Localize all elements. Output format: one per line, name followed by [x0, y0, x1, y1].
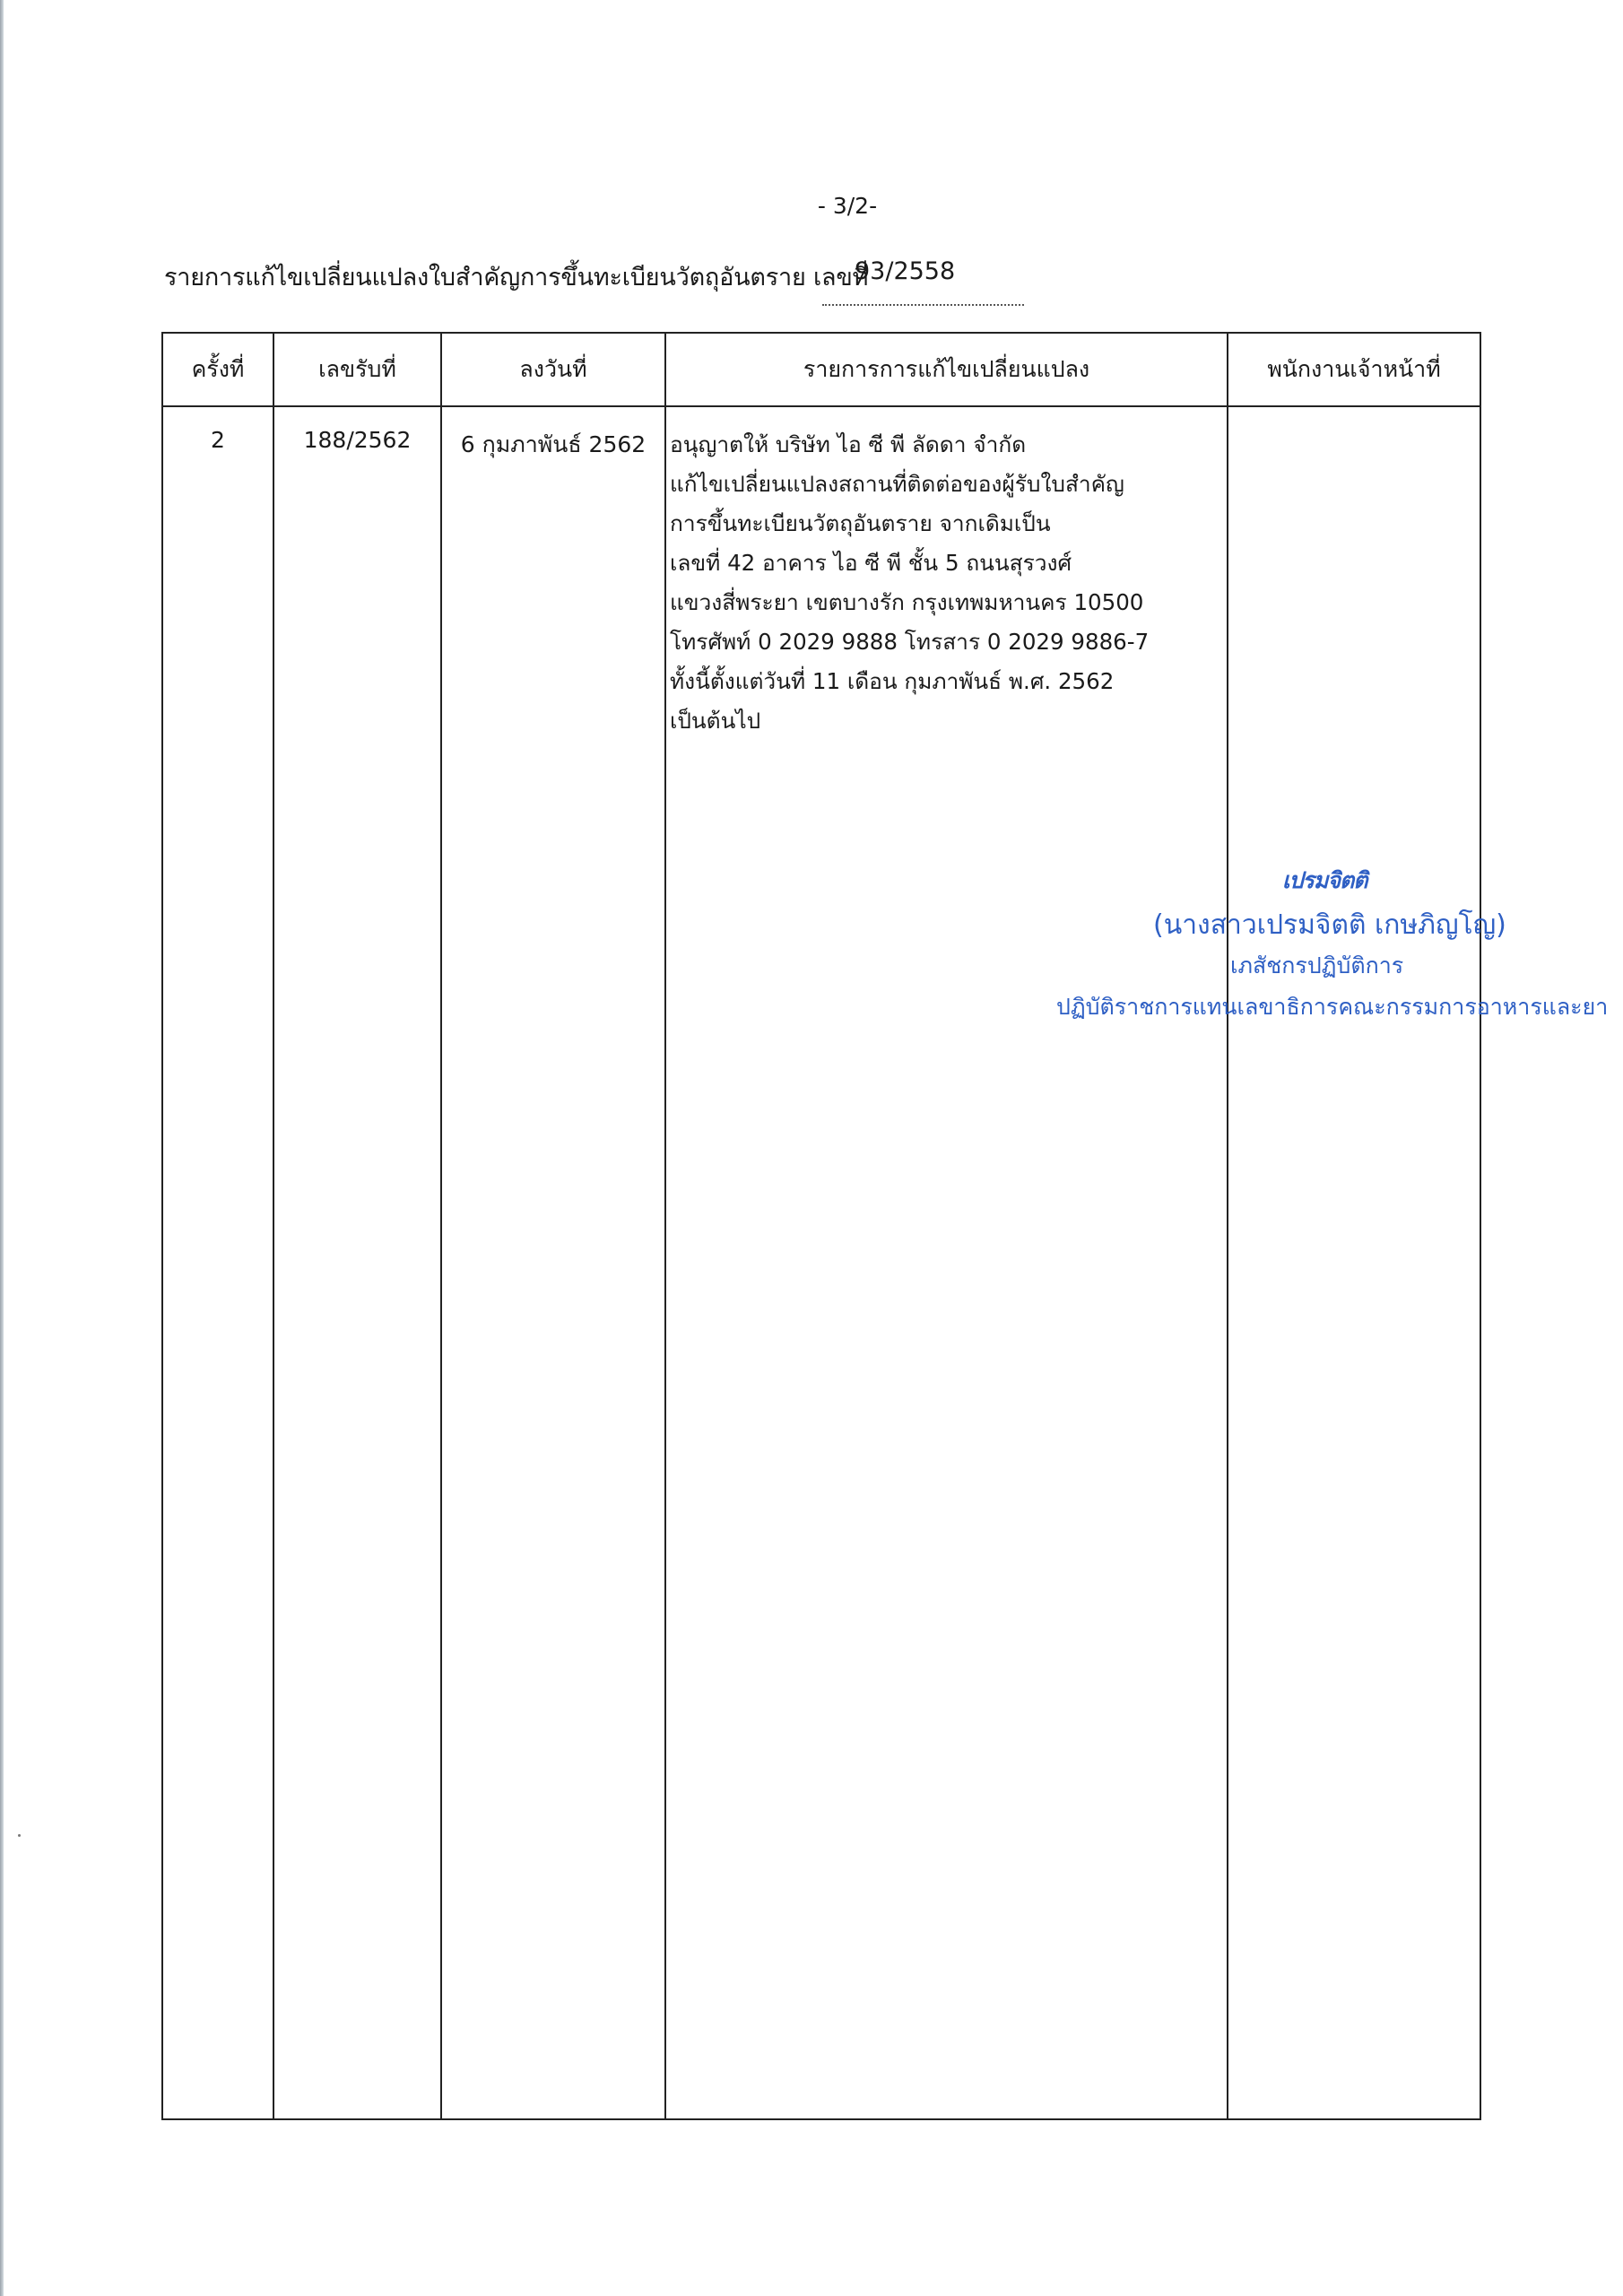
header-receipt-number: เลขรับที่ — [273, 333, 441, 406]
description-line: แก้ไขเปลี่ยนแปลงสถานที่ติดต่อของผู้รับใบ… — [670, 465, 1227, 504]
page-number: - 3/2- — [0, 193, 1623, 219]
revision-log-table: ครั้งที่ เลขรับที่ ลงวันที่ รายการการแก้… — [161, 332, 1481, 2120]
table-row: 2 188/2562 6 กุมภาพันธ์ 2562 อนุญาตให้ บ… — [162, 406, 1480, 2119]
scan-edge — [0, 0, 4, 2296]
cell-revision: 2 — [162, 406, 273, 2119]
description-line: อนุญาตให้ บริษัท ไอ ซี พี ลัดดา จำกัด — [670, 425, 1227, 465]
description-line: เป็นต้นไป — [670, 701, 1227, 741]
officer-name-stamp: (นางสาวเปรมจิตติ เกษภิญโญ) — [1153, 904, 1506, 946]
description-line: ทั้งนี้ตั้งแต่วันที่ 11 เดือน กุมภาพันธ์… — [670, 662, 1227, 701]
description-line: แขวงสี่พระยา เขตบางรัก กรุงเทพมหานคร 105… — [670, 583, 1227, 622]
document-title: รายการแก้ไขเปลี่ยนแปลงใบสำคัญการขึ้นทะเบ… — [164, 257, 868, 296]
header-revision: ครั้งที่ — [162, 333, 273, 406]
registration-number: 93/2558 — [855, 257, 955, 285]
header-description: รายการการแก้ไขเปลี่ยนแปลง — [665, 333, 1228, 406]
scan-speck — [18, 1834, 21, 1837]
description-line: การขึ้นทะเบียนวัตถุอันตราย จากเดิมเป็น — [670, 504, 1227, 544]
cell-officer — [1228, 406, 1480, 2119]
cell-description: อนุญาตให้ บริษัท ไอ ซี พี ลัดดา จำกัด แก… — [665, 406, 1228, 2119]
cell-date: 6 กุมภาพันธ์ 2562 — [441, 406, 665, 2119]
officer-signature: เปรมจิตติ — [1282, 863, 1367, 899]
acting-authority-stamp: ปฏิบัติราชการแทนเลขาธิการคณะกรรมการอาหาร… — [1056, 989, 1608, 1025]
table-header-row: ครั้งที่ เลขรับที่ ลงวันที่ รายการการแก้… — [162, 333, 1480, 406]
officer-position-stamp: เภสัชกรปฏิบัติการ — [1230, 948, 1403, 984]
registration-number-underline — [822, 304, 1024, 306]
description-line: เลขที่ 42 อาคาร ไอ ซี พี ชั้น 5 ถนนสุรวง… — [670, 544, 1227, 583]
header-date: ลงวันที่ — [441, 333, 665, 406]
header-officer: พนักงานเจ้าหน้าที่ — [1228, 333, 1480, 406]
description-line: โทรศัพท์ 0 2029 9888 โทรสาร 0 2029 9886-… — [670, 622, 1227, 662]
cell-receipt-number: 188/2562 — [273, 406, 441, 2119]
